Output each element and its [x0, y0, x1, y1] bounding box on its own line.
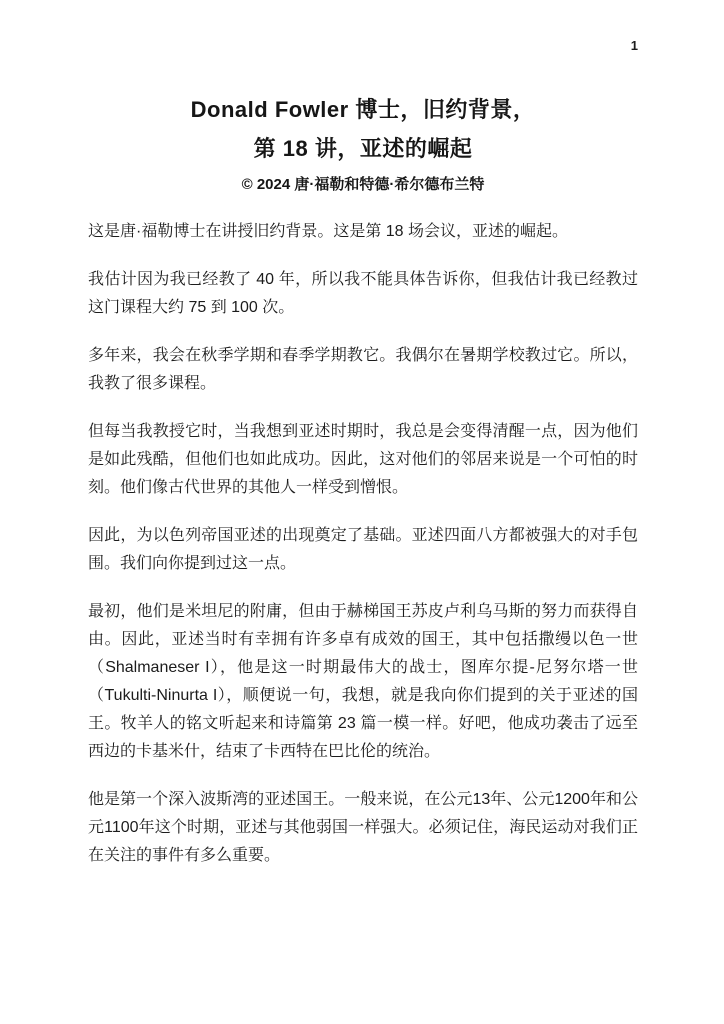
paragraph-4: 但每当我教授它时，当我想到亚述时期时，我总是会变得清醒一点，因为他们是如此残酷，… — [88, 418, 638, 502]
paragraph-6: 最初，他们是米坦尼的附庸，但由于赫梯国王苏皮卢利乌马斯的努力而获得自由。因此，亚… — [88, 598, 638, 766]
doc-title-line-2: 第 18 讲，亚述的崛起 — [88, 129, 638, 168]
copyright-byline: © 2024 唐·福勒和特德·希尔德布兰特 — [88, 173, 638, 194]
document-body: 这是唐·福勒博士在讲授旧约背景。这是第 18 场会议，亚述的崛起。 我估计因为我… — [88, 218, 638, 870]
doc-title: Donald Fowler 博士，旧约背景， 第 18 讲，亚述的崛起 — [88, 0, 638, 168]
paragraph-2: 我估计因为我已经教了 40 年，所以我不能具体告诉你，但我估计我已经教过这门课程… — [88, 266, 638, 322]
page-number: 1 — [631, 38, 638, 53]
page-content: Donald Fowler 博士，旧约背景， 第 18 讲，亚述的崛起 © 20… — [0, 0, 724, 870]
paragraph-5: 因此，为以色列帝国亚述的出现奠定了基础。亚述四面八方都被强大的对手包围。我们向你… — [88, 522, 638, 578]
document-page: 1 Donald Fowler 博士，旧约背景， 第 18 讲，亚述的崛起 © … — [0, 0, 724, 1024]
paragraph-3: 多年来，我会在秋季学期和春季学期教它。我偶尔在暑期学校教过它。所以，我教了很多课… — [88, 342, 638, 398]
doc-title-line-1: Donald Fowler 博士，旧约背景， — [88, 90, 638, 129]
paragraph-7: 他是第一个深入波斯湾的亚述国王。一般来说，在公元13年、公元1200年和公元11… — [88, 786, 638, 870]
paragraph-1: 这是唐·福勒博士在讲授旧约背景。这是第 18 场会议，亚述的崛起。 — [88, 218, 638, 246]
